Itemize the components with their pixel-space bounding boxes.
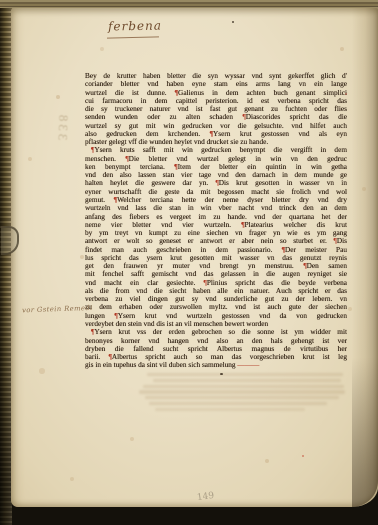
text-line: verbena zu viel dingen gut sy vnd sunder… (85, 295, 347, 303)
text-line: coriander bletter vnd haben eyne stam ei… (85, 80, 347, 88)
foxing-spots (11, 8, 13, 10)
book-photo: ferbena 338 Bey de krutter haben bletter… (0, 0, 378, 525)
text-line: zu dem erhaben oder zurswollen myltz. vn… (85, 303, 347, 311)
text-line: gemut. ¶Welcher terciana hette der neme … (85, 196, 347, 204)
text-line: wurtzel die ist dunne. ¶Galienus in dem … (85, 89, 347, 97)
text-line: wurtzel sy gut mit win gedrucken vor die… (85, 122, 347, 130)
text-block: Bey de krutter haben bletter die syn wys… (85, 72, 347, 370)
text-line: mit fenchel safft gemischt vnd das gelas… (85, 270, 347, 278)
text-line: als die from vnd die siecht haben alle e… (85, 287, 347, 295)
text-line: lungen ¶Ysern krut vnd wurtzeln gestosse… (85, 312, 347, 320)
showthrough-text (139, 373, 347, 413)
text-line: halten heylet die geswere dar yn. ¶Dis k… (85, 179, 347, 187)
text-line: vnd den also lassen stan vier tage vnd d… (85, 171, 347, 179)
text-line: by ym treyt vn kumpt zu eine siechen vn … (85, 229, 347, 237)
text-line: vnd macht ein clar gesiechte. ¶Plinius s… (85, 279, 347, 287)
handwritten-title: ferbena (108, 19, 162, 34)
text-line: anfang des fiebers es vergeet im zu hand… (85, 213, 347, 221)
showthrough-line (139, 390, 345, 393)
text-line: wurtzeln vnd lass die stan in win vber n… (85, 204, 347, 212)
text-line: dryben die fallend sucht spricht Albertu… (85, 345, 347, 353)
showthrough-line (147, 373, 343, 376)
ink-dot (220, 373, 223, 375)
text-line: senden wunden oder zu alten schaden ¶Dia… (85, 113, 347, 121)
text-line: barii. ¶Albertus spricht auch so man das… (85, 353, 347, 361)
text-line: pflaster gelegt vff die wunden heylet vn… (85, 138, 347, 146)
showthrough-line (145, 396, 339, 399)
showthrough-line (153, 379, 341, 382)
text-line: ken benympt terciana. ¶Item der bletter … (85, 163, 347, 171)
showthrough-number: 338 (54, 112, 71, 141)
text-line: cui farmacoru in dem capittel peristerio… (85, 97, 347, 105)
text-line: neme vier bletter vnd vier wurtzeln. ¶Pl… (85, 221, 347, 229)
text-line: lus spricht das ysern krut gesotten mit … (85, 254, 347, 262)
text-line: Bey de krutter haben bletter die syn wys… (85, 72, 347, 80)
pencil-folio-number: 149 (196, 491, 214, 503)
text-line: ¶Ysern kruts safft mit win gedrucken ben… (85, 146, 347, 154)
text-line: die sy truckener naturer vnd ist fast gu… (85, 105, 347, 113)
text-line: get den frauwen yr muter vnd brengt yn m… (85, 262, 347, 270)
showthrough-line (155, 408, 305, 411)
text-line: gis in ein tupehus da sint vil duben sic… (85, 361, 347, 369)
text-line: menschen. ¶Die bletter vnd wurtzel geleg… (85, 155, 347, 163)
text-line: antwort er wolt so geneset er antwort er… (85, 237, 347, 245)
text-line: also gedrucken dem krchenden. ¶Ysern kru… (85, 130, 347, 138)
book-page: ferbena 338 Bey de krutter haben bletter… (11, 8, 378, 507)
text-line: verdeybet den stein vnd dis ist an vil m… (85, 320, 347, 328)
text-line: eyner wurtschafft die geste da mit begos… (85, 188, 347, 196)
showthrough-line (149, 402, 327, 405)
handwritten-title-underline (107, 36, 159, 38)
text-line: ¶Ysern krut vss der erden gebrochen so d… (85, 328, 347, 336)
text-line: findet man auch geschrieben in dem passi… (85, 246, 347, 254)
gutter-shadow (352, 8, 378, 507)
ink-dot (232, 21, 234, 23)
text-line: benonyes korner vnd hangen vnd also an d… (85, 337, 347, 345)
showthrough-line (143, 385, 344, 388)
